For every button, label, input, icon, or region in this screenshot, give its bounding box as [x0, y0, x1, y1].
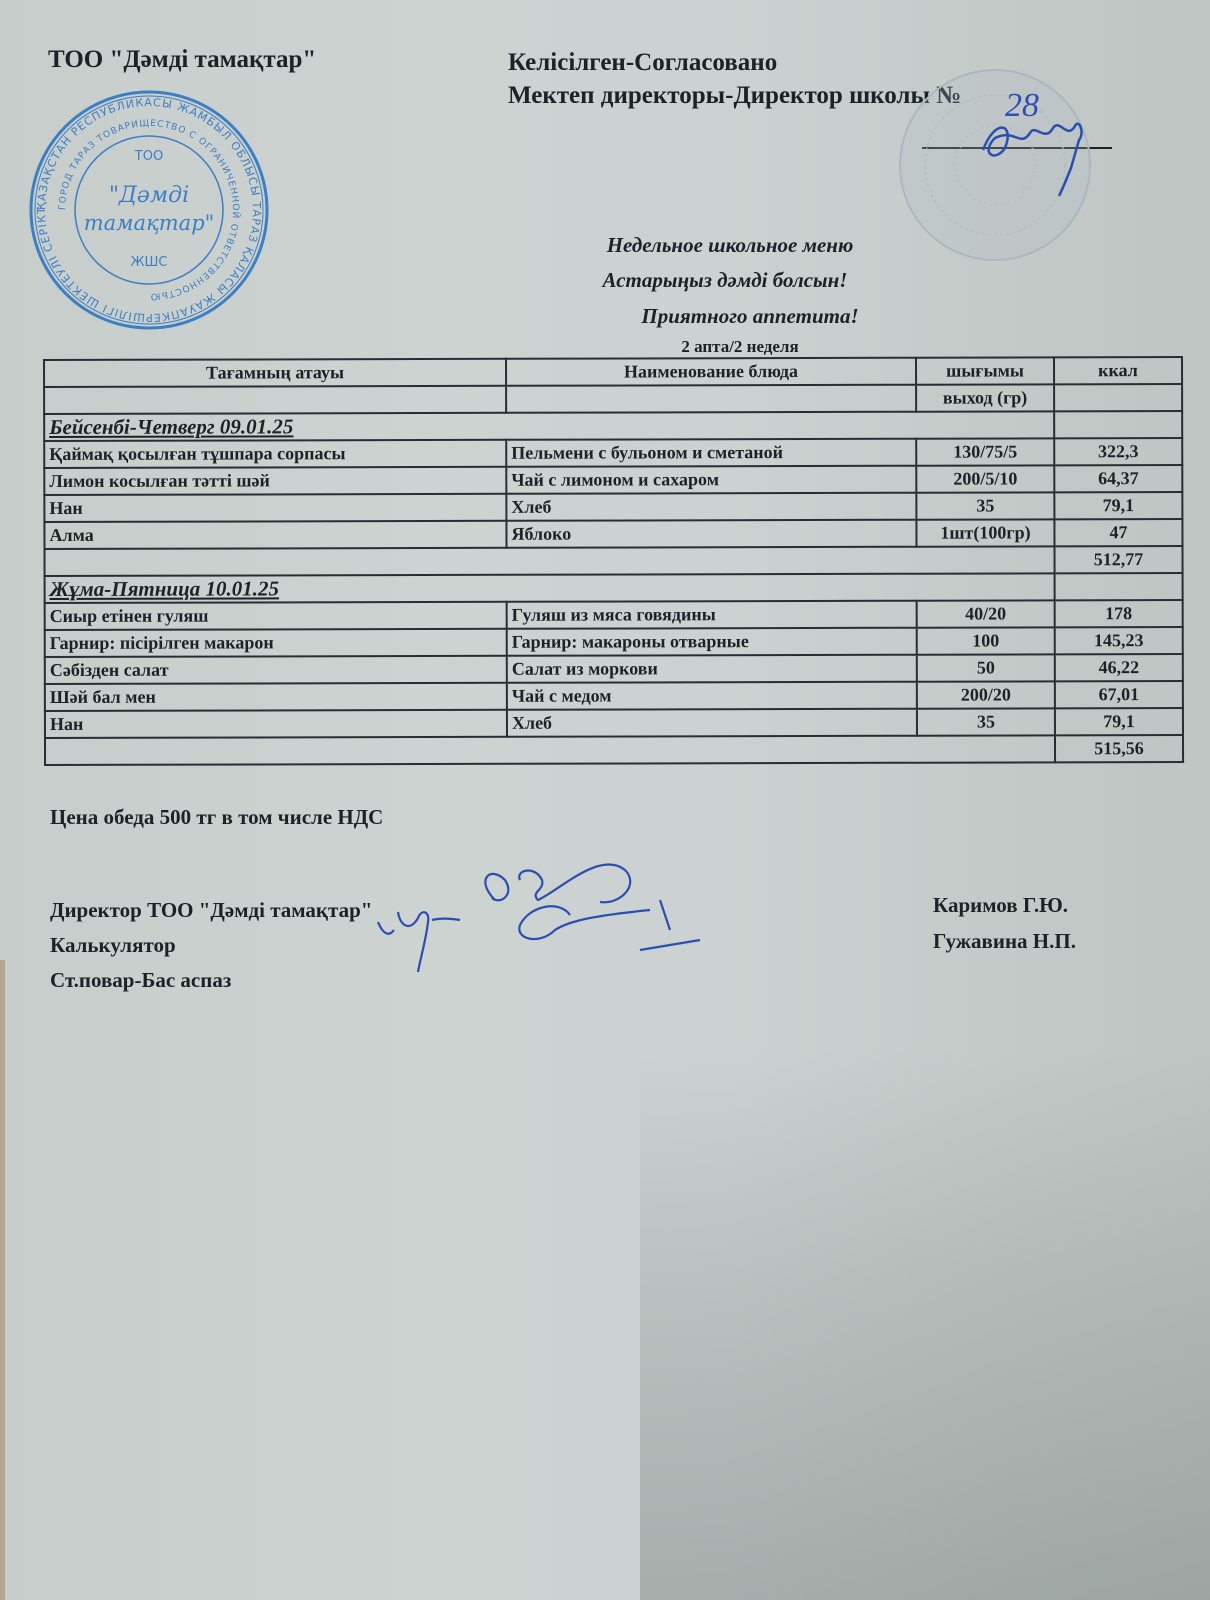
dish-yield: 35 — [917, 708, 1055, 735]
table-row: Сиыр етінен гуляшГуляш из мяса говядины4… — [45, 600, 1183, 630]
day-label: Бейсенбі-Четверг 09.01.25 — [49, 414, 293, 439]
dish-name-ru: Гарнир: макароны отварные — [507, 628, 917, 656]
dish-name-kz: Гарнир: пісірілген макарон — [45, 629, 507, 657]
signatory-role-calculator: Калькулятор — [50, 933, 176, 958]
dish-name-ru: Хлеб — [506, 493, 916, 521]
day-header-row: Бейсенбі-Четверг 09.01.25 — [44, 411, 1182, 441]
greeting-ru: Приятного аппетита! — [530, 304, 970, 329]
table-row: Қаймақ қосылған тұшпара сорпасыПельмени … — [44, 438, 1182, 468]
menu-title: Недельное школьное меню — [510, 233, 950, 258]
fold-shadow — [640, 1050, 1210, 1600]
svg-text:тамақтар": тамақтар" — [84, 211, 215, 235]
dish-name-ru: Гуляш из мяса говядины — [507, 601, 917, 629]
dish-name-kz: Нан — [45, 710, 507, 738]
table-row: АлмаЯблоко1шт(100гр)47 — [44, 519, 1182, 549]
dish-name-ru: Пельмени с бульоном и сметаной — [506, 439, 916, 467]
company-stamp-icon: ҚАЗАҚСТАН РЕСПУБЛИКАСЫ ЖАМБЫЛ ОБЛЫСЫ ТАР… — [26, 90, 272, 330]
dish-kcal: 322,3 — [1054, 438, 1182, 465]
dish-kcal: 47 — [1054, 519, 1182, 546]
dish-name-kz: Нан — [44, 494, 506, 522]
dish-name-kz: Сиыр етінен гуляш — [45, 602, 507, 630]
dish-name-kz: Сәбізден салат — [45, 656, 507, 684]
dish-yield: 50 — [917, 654, 1055, 681]
dish-kcal: 145,23 — [1055, 627, 1183, 654]
dish-yield: 40/20 — [917, 600, 1055, 627]
school-director-label: Мектеп директоры-Директор школы № — [508, 82, 961, 110]
day-label: Жұма-Пятница 10.01.25 — [50, 576, 279, 601]
svg-text:ТОО: ТОО — [134, 149, 163, 164]
dish-yield: 130/75/5 — [916, 438, 1054, 465]
dish-yield: 1шт(100гр) — [916, 519, 1054, 546]
organization-title: ТОО "Дәмді тамақтар" — [48, 46, 316, 74]
table-row: Гарнир: пісірілген макаронГарнир: макаро… — [45, 627, 1183, 657]
dish-kcal: 46,22 — [1055, 654, 1183, 681]
dish-yield: 200/5/10 — [916, 465, 1054, 492]
day-header-row: Жұма-Пятница 10.01.25 — [45, 573, 1183, 603]
week-label: 2 апта/2 неделя — [610, 337, 870, 357]
dish-yield: 200/20 — [917, 681, 1055, 708]
dish-kcal: 64,37 — [1054, 465, 1182, 492]
table-subheader-row: выход (гр) — [44, 384, 1182, 414]
dish-yield: 35 — [916, 492, 1054, 519]
total-row: 512,77 — [44, 546, 1182, 576]
header-yield-ru: выход (гр) — [916, 384, 1054, 411]
director-signature-icon: 28 — [975, 78, 1105, 198]
total-row: 515,56 — [45, 735, 1183, 765]
dish-name-ru: Яблоко — [506, 520, 916, 548]
table-row: Сәбізден салатСалат из моркови5046,22 — [45, 654, 1183, 684]
price-note: Цена обеда 500 тг в том числе НДС — [50, 805, 383, 830]
dish-name-kz: Алма — [44, 521, 506, 549]
signatory-role-director: Директор ТОО "Дәмді тамақтар" — [50, 898, 372, 923]
header-kcal: ккал — [1054, 357, 1182, 384]
footer-signatures-icon — [370, 860, 700, 990]
table-row: НанХлеб3579,1 — [44, 492, 1182, 522]
dish-name-kz: Лимон косылған тәтті шәй — [44, 467, 506, 495]
table-row: Лимон косылған тәтті шәйЧай с лимоном и … — [44, 465, 1182, 495]
table-header-row: Тағамның атауы Наименование блюда шығымы… — [44, 357, 1182, 387]
dish-kcal: 79,1 — [1055, 708, 1183, 735]
greeting-kz: Астарыңыз дәмді болсын! — [505, 268, 945, 293]
dish-yield: 100 — [917, 627, 1055, 654]
svg-text:ЖШС: ЖШС — [131, 255, 168, 270]
signatory-name-director: Каримов Г.Ю. — [933, 893, 1068, 918]
approval-label: Келісілген-Согласовано — [508, 49, 777, 77]
header-name-kz: Тағамның атауы — [44, 359, 506, 387]
dish-kcal: 178 — [1055, 600, 1183, 627]
header-name-ru: Наименование блюда — [506, 358, 916, 386]
dish-name-ru: Хлеб — [507, 709, 917, 737]
dish-name-kz: Шәй бал мен — [45, 683, 507, 711]
dish-name-ru: Чай с лимоном и сахаром — [506, 466, 916, 494]
school-number-handwritten: 28 — [1005, 87, 1039, 124]
header-yield-kz: шығымы — [916, 357, 1054, 384]
total-kcal: 515,56 — [1055, 735, 1183, 762]
table-row: НанХлеб3579,1 — [45, 708, 1183, 738]
menu-table: Тағамның атауы Наименование блюда шығымы… — [43, 356, 1184, 766]
signatory-role-chef: Ст.повар-Бас аспаз — [50, 968, 231, 993]
paper-edge — [0, 960, 5, 1600]
dish-name-ru: Чай с медом — [507, 682, 917, 710]
svg-text:"Дәмді: "Дәмді — [109, 183, 189, 208]
dish-name-kz: Қаймақ қосылған тұшпара сорпасы — [44, 440, 506, 468]
svg-text:ГОРОД ТАРАЗ ТОВАРИЩЕСТВО С ОГР: ГОРОД ТАРАЗ ТОВАРИЩЕСТВО С ОГРАНИЧЕННОЙ … — [58, 119, 242, 301]
table-row: Шәй бал менЧай с медом200/2067,01 — [45, 681, 1183, 711]
dish-kcal: 79,1 — [1054, 492, 1182, 519]
signatory-name-calculator: Гужавина Н.П. — [933, 929, 1076, 954]
dish-name-ru: Салат из моркови — [507, 655, 917, 683]
dish-kcal: 67,01 — [1055, 681, 1183, 708]
total-kcal: 512,77 — [1054, 546, 1182, 573]
